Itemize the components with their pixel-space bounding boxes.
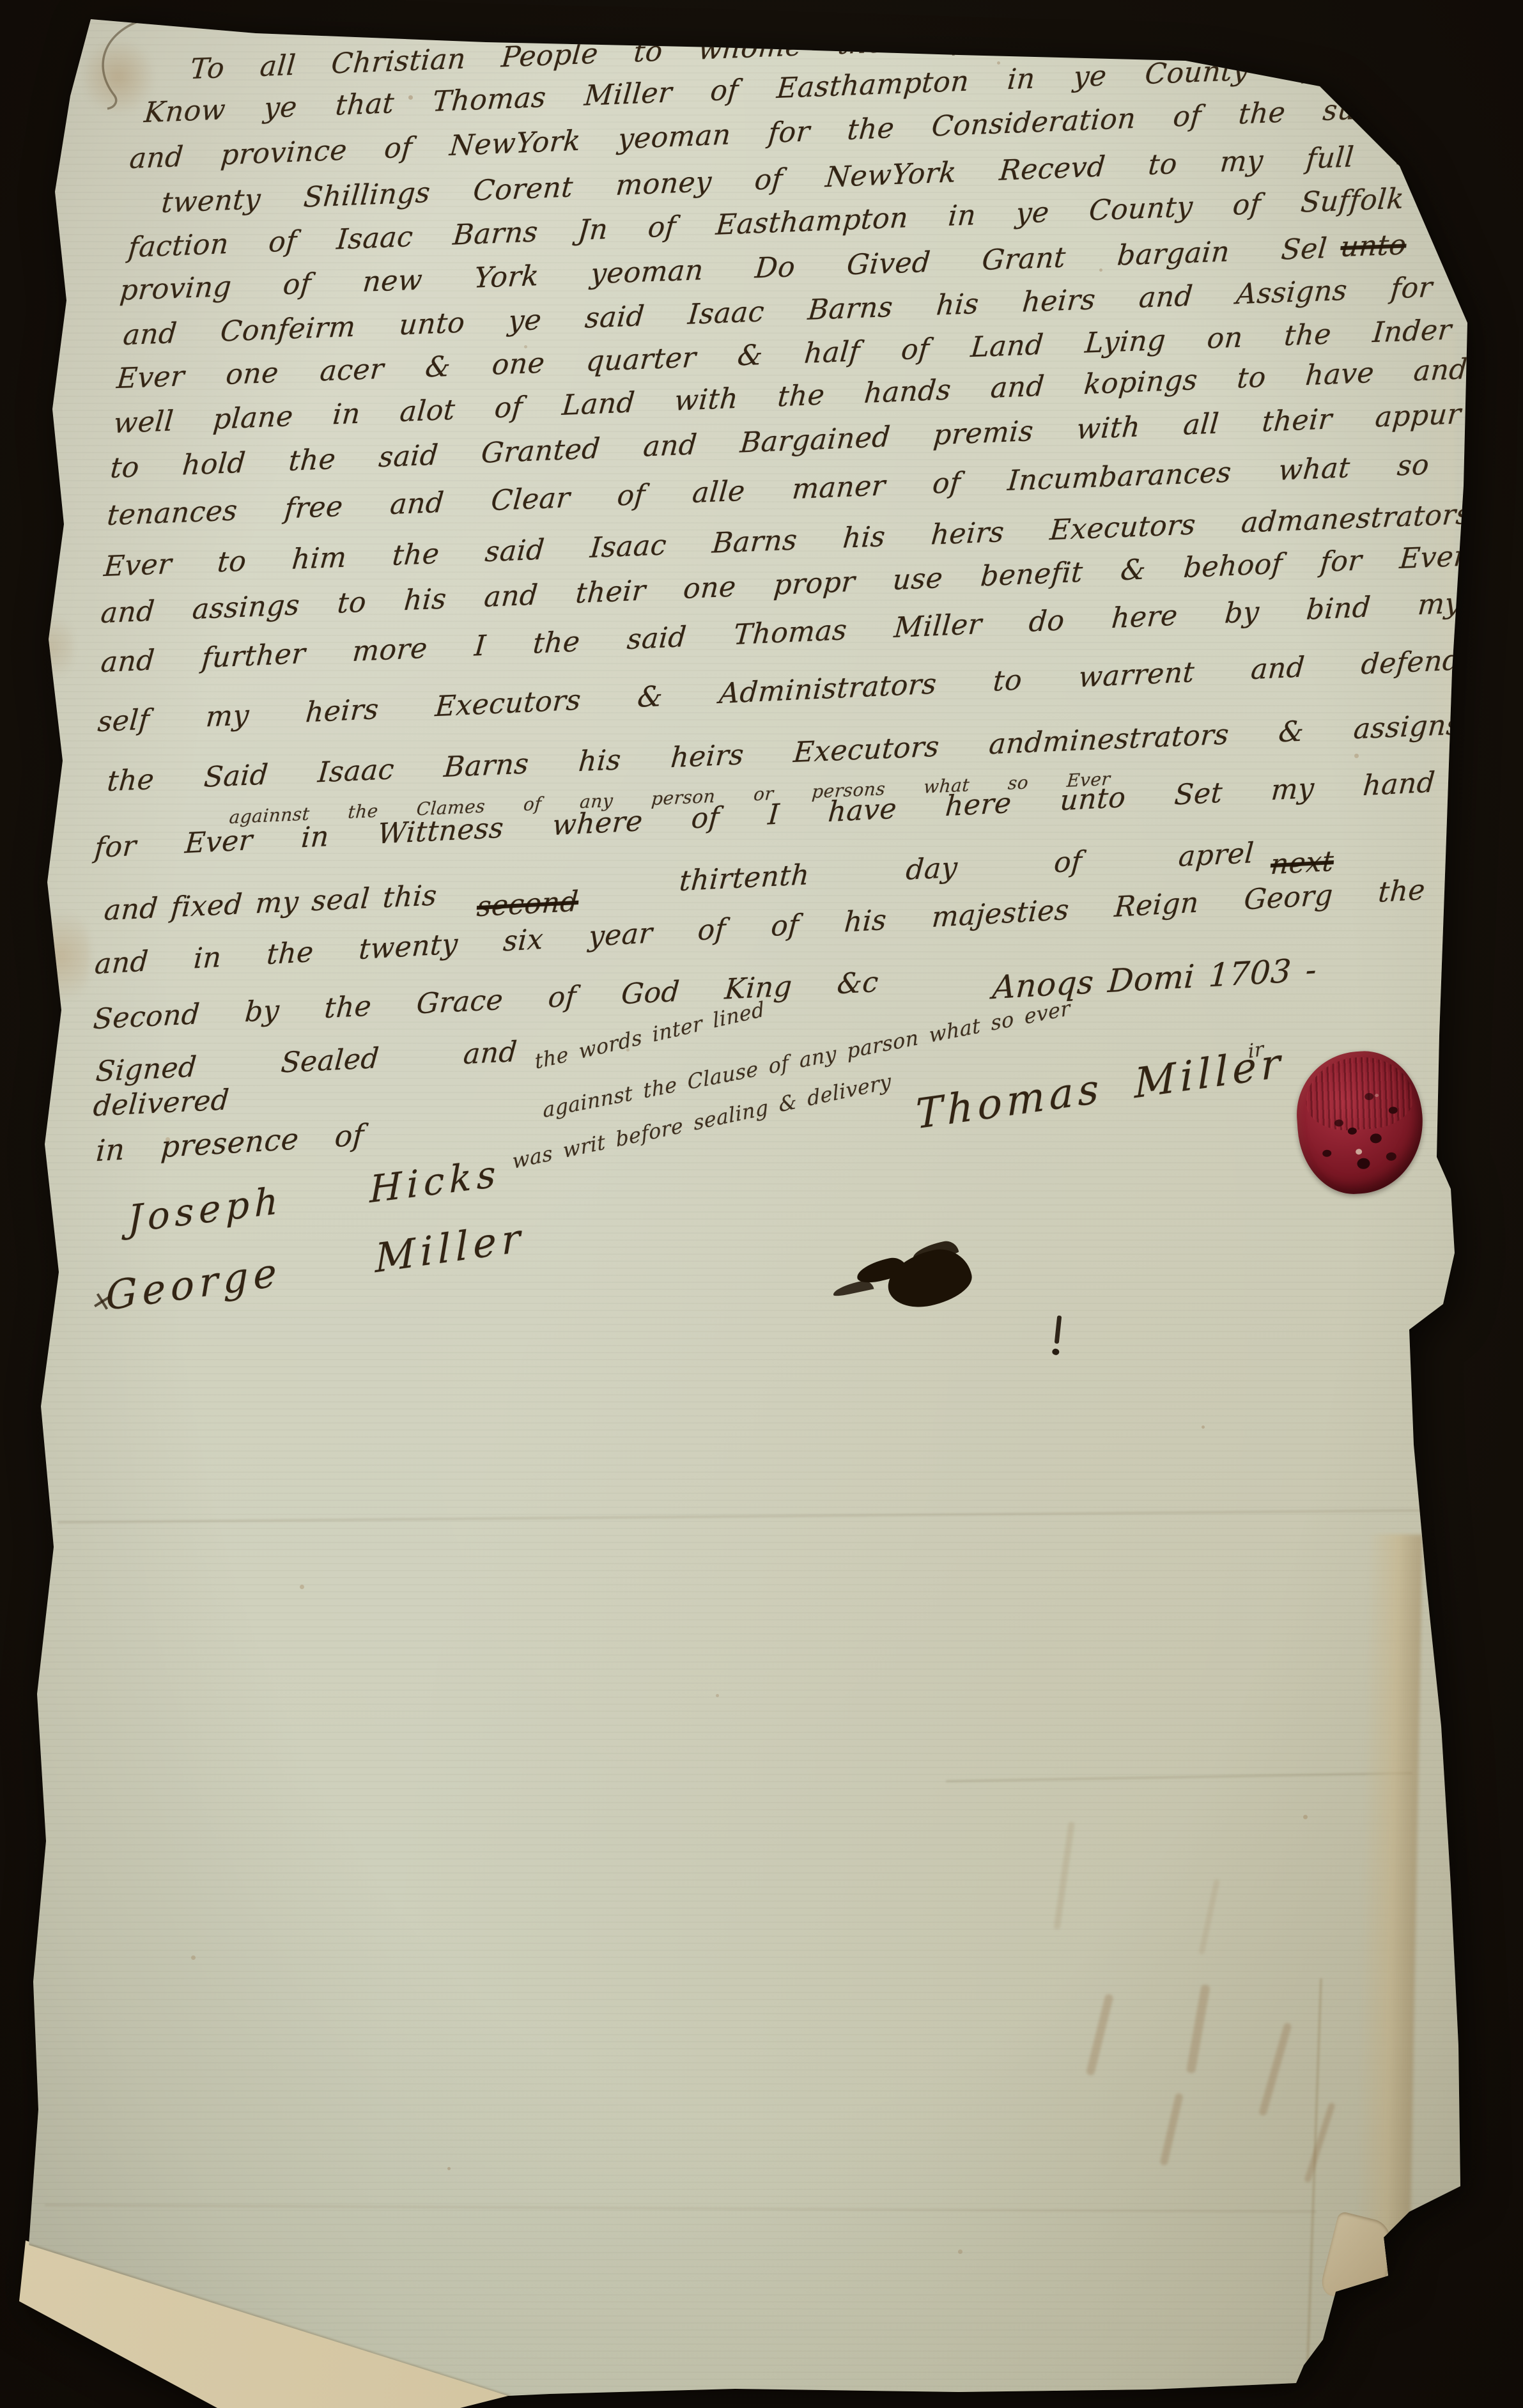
ink-mark [1055,1316,1062,1344]
struck-out-word: next [1269,844,1335,882]
fold-crease [1305,1978,1322,2400]
photo-background: To all Christian People to whome these p… [0,0,1523,2408]
wax-seal-ridges [1303,1053,1416,1133]
ink-bleedthrough [1186,1984,1210,2074]
edge-stain [29,900,90,1012]
fold-crease [946,1772,1412,1782]
ink-bleedthrough [1053,1821,1075,1930]
ink-bleedthrough [1086,1993,1114,2076]
fold-crease [45,2204,1317,2212]
edge-stain [26,607,73,687]
foxing-specks [0,0,3,3]
document-paper: To all Christian People to whome these p… [0,0,1523,2408]
date-line: Anoqs Domi 1703 - [991,951,1318,1008]
attestation-line: in presence of [95,1117,365,1169]
wax-seal-glint [1356,1149,1363,1155]
fold-crease [58,1509,1425,1523]
manuscript-line: and fixed my seal this [103,878,438,928]
ink-bleedthrough [1159,2093,1184,2166]
struck-out-word: second [475,885,580,924]
ink-bleedthrough [1198,1879,1220,1955]
attestation-line: Signed Sealed and delivered [92,1035,518,1124]
ink-blot [883,1243,977,1314]
wax-seal [1292,1047,1427,1197]
wax-seal-spots [1348,1127,1357,1135]
struck-out-word: unto [1339,228,1408,264]
paper-wrapper: To all Christian People to whome these p… [0,0,1523,2408]
grantor-signature: Thomas Miller [915,1038,1285,1140]
ink-bleedthrough [1304,2102,1336,2183]
ink-bleedthrough [1258,2022,1292,2116]
